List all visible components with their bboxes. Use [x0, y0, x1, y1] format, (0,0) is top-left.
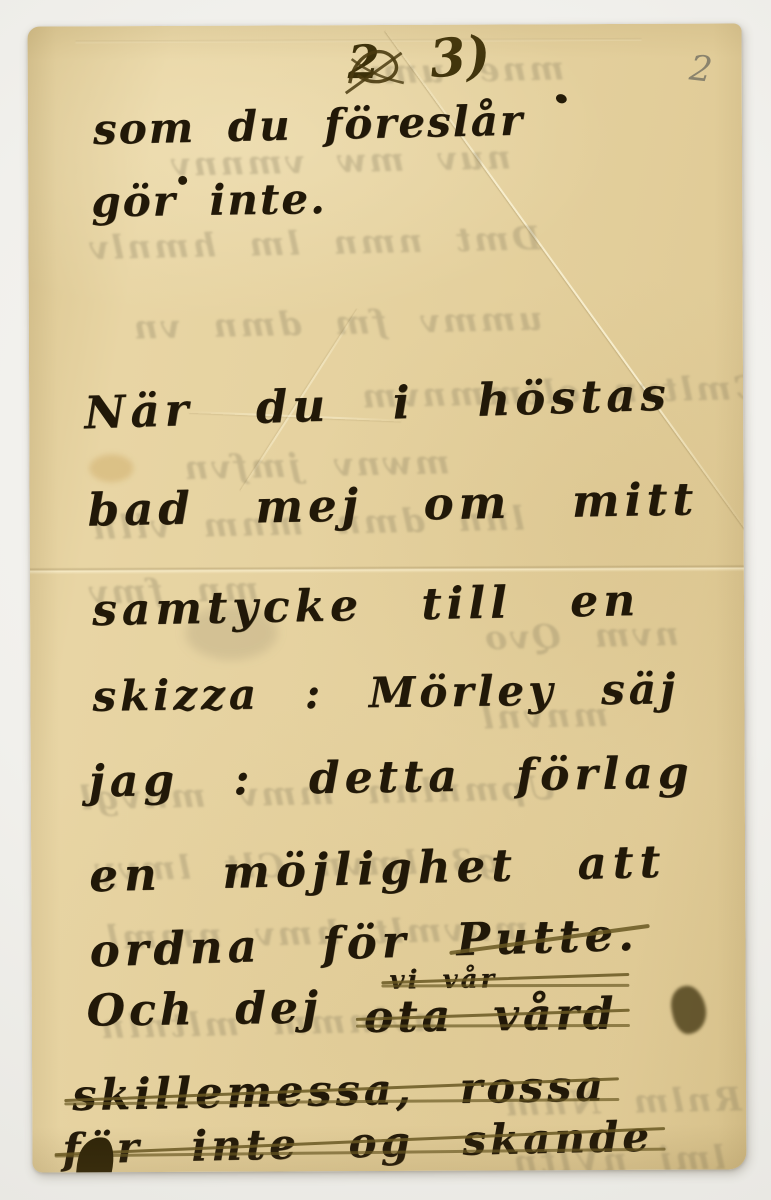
handwriting-text: skizza : Mörley säj	[92, 664, 679, 721]
letter-paper: mne umv nuv mw vmnnv Dmt nmn lm hmnlv um…	[28, 23, 747, 1172]
stain	[89, 454, 133, 482]
handwriting-line-6: skizza : Mörley säj	[92, 664, 679, 721]
struck-word: skillemessa, rossa	[72, 1061, 608, 1121]
handwriting-line-10: Och dejvi vårota vård	[86, 979, 618, 1058]
handwriting-text: gör inte.	[91, 174, 327, 226]
ink-smudge	[668, 983, 710, 1036]
handwriting-line-3: När du i höstas	[83, 368, 671, 440]
handwriting-line-2: gör inte.	[91, 174, 327, 226]
handwriting-line-7: jag : detta förlag	[88, 748, 693, 808]
handwriting-line-1: som du föreslår	[92, 96, 524, 154]
handwriting-line-4: bad mej om mitt	[87, 472, 698, 536]
ink-page-number: 3)	[427, 24, 493, 90]
handwriting-text: När du i höstas	[83, 368, 671, 440]
fold-crease	[30, 564, 744, 574]
photo-background: mne umv nuv mw vmnnv Dmt nmn lm hmnlv um…	[0, 0, 771, 1200]
bleed-through-line: Dmt nmn lm hmnlv	[86, 218, 541, 267]
handwriting-text: Och dej	[86, 983, 322, 1037]
struck-word: för inte og skande	[62, 1112, 654, 1173]
handwriting-line-5: samtycke till en	[92, 575, 641, 636]
ink-dot	[555, 93, 568, 105]
handwriting-text: samtycke till en	[92, 575, 641, 636]
handwriting-line-12: för inte og skande	[62, 1112, 654, 1173]
handwriting-text: som du föreslår	[92, 96, 524, 154]
struck-word: ota vård	[364, 993, 618, 1040]
handwriting-text: jag : detta förlag	[88, 748, 693, 808]
handwriting-text: en möjlighet att	[89, 835, 667, 903]
crossed-page-number: 2	[348, 35, 380, 89]
pencil-page-number: 2	[687, 48, 714, 90]
handwriting-line-8: en möjlighet att	[89, 835, 667, 903]
handwriting-text: bad mej om mitt	[87, 472, 698, 536]
struck-word: Putte.	[455, 908, 639, 967]
handwriting-line-11: skillemessa, rossa	[72, 1061, 608, 1121]
struck-insertion-stack: vi vårota vård	[363, 965, 617, 1040]
